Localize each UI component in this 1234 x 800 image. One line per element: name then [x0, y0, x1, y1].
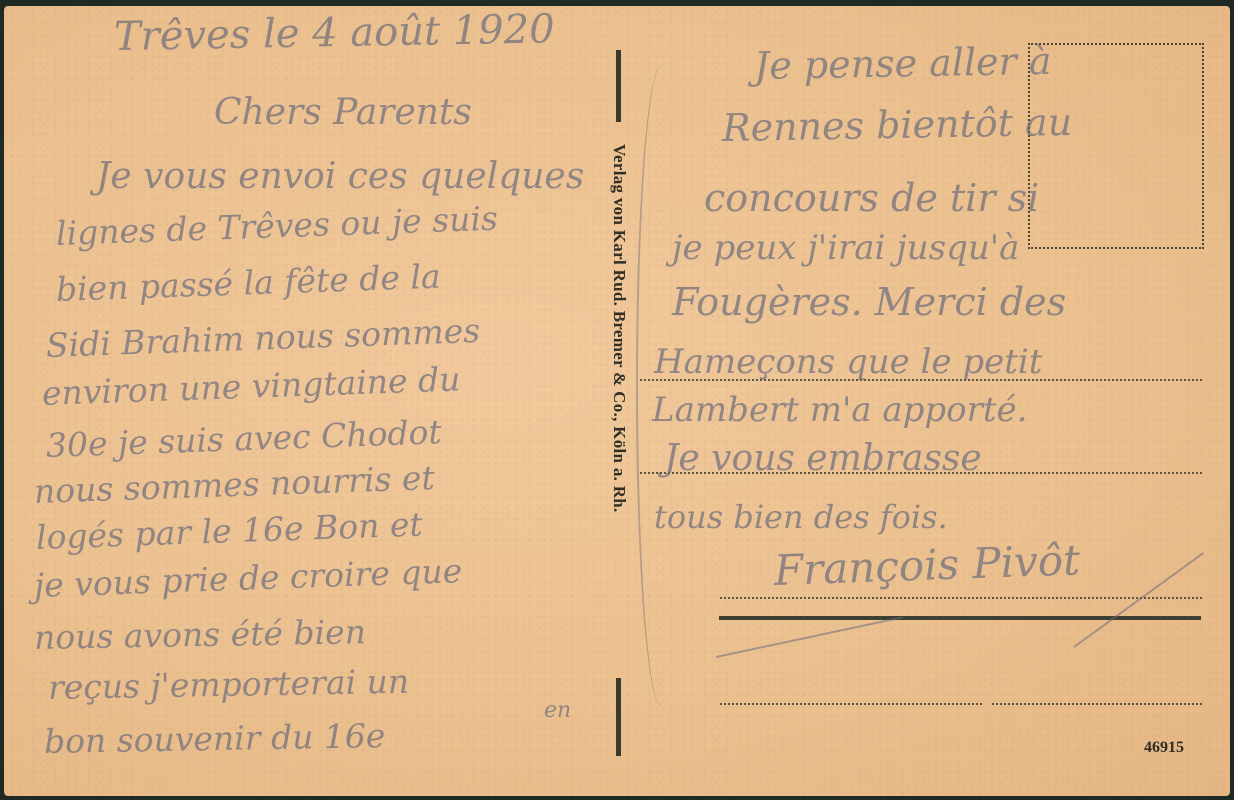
- handwriting-line: Fougères. Merci des: [672, 280, 1066, 324]
- handwriting-line: Rennes bientôt au: [722, 100, 1073, 150]
- handwriting-line: bien passé la fête de la: [55, 257, 441, 309]
- handwriting-line: Chers Parents: [214, 92, 472, 133]
- handwriting-line: Je vous envoi ces quelques: [96, 156, 584, 197]
- handwriting-line: logés par le 16e Bon et: [35, 505, 423, 557]
- handwriting-line: en: [544, 698, 571, 723]
- address-line-5: [992, 703, 1202, 705]
- signature: François Pivôt: [773, 535, 1081, 595]
- handwriting-line: environ une vingtaine du: [41, 359, 461, 413]
- handwriting-line: je vous prie de croire que: [33, 551, 463, 605]
- address-line-3: [720, 597, 1202, 599]
- divider-bar-top: [616, 50, 621, 122]
- handwriting-line: nous sommes nourris et: [33, 458, 435, 511]
- divider-bar-bottom: [616, 678, 621, 756]
- signature-flourish: [1073, 552, 1204, 648]
- stamp-box: [1028, 43, 1204, 249]
- signature-flourish: [716, 617, 902, 658]
- handwriting-line: Lambert m'a apporté.: [652, 390, 1027, 430]
- handwriting-line: concours de tir si: [704, 176, 1039, 220]
- address-line-4: [720, 703, 982, 705]
- handwriting-line: Je pense aller à: [754, 39, 1052, 88]
- handwriting-line: lignes de Trêves ou je suis: [55, 199, 498, 253]
- handwriting-line: je peux j'irai jusqu'à: [672, 228, 1019, 268]
- serial-number: 46915: [1144, 739, 1184, 757]
- handwriting-line: Hameçons que le petit: [654, 342, 1042, 382]
- postcard: Verlag von Karl Rud. Bremer & Co., Köln …: [4, 6, 1230, 796]
- handwriting-line: Sidi Brahim nous sommes: [45, 311, 480, 365]
- publisher-imprint: Verlag von Karl Rud. Bremer & Co., Köln …: [602, 144, 636, 654]
- address-rule: [719, 616, 1201, 620]
- handwriting-line: bon souvenir du 16e: [44, 716, 386, 761]
- handwriting-line: reçus j'emporterai un: [48, 662, 410, 707]
- handwriting-line: Trêves le 4 août 1920: [114, 6, 555, 60]
- margin-bracket: [636, 66, 678, 706]
- handwriting-line: 30e je suis avec Chodot: [45, 412, 442, 465]
- handwriting-line: Je vous embrasse: [664, 438, 982, 479]
- handwriting-line: nous avons été bien: [34, 612, 367, 657]
- handwriting-line: tous bien des fois.: [654, 498, 948, 536]
